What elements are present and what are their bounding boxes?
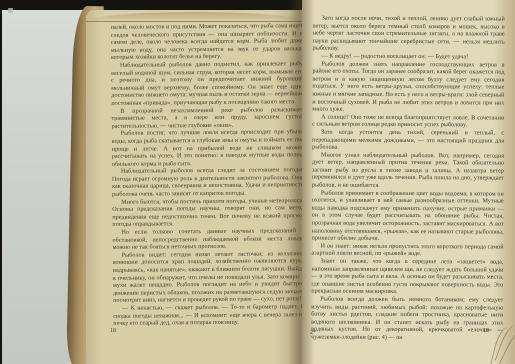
paragraph: Рыболов постиг, что лучшая ловля всегда … — [112, 129, 304, 169]
paragraph: А солнце? Оно тоже не всегда благоприятс… — [312, 114, 504, 130]
right-page-text: Зато когда после ночи, тихой и теплой, л… — [311, 15, 505, 318]
paragraph: Рыболов всегда должен быть немного ботан… — [311, 296, 503, 343]
page-curl-lines — [487, 324, 515, 364]
paragraph: Рыболов видит: сегодня низко летают ласт… — [113, 251, 304, 306]
paragraph: И он знает: никак нельзя пропустить этог… — [312, 243, 504, 259]
right-book-page: Зато когда после ночи, тихой и теплой, л… — [302, 0, 515, 364]
paragraph: Наблюдательный рыболов давно подметил, к… — [111, 61, 303, 108]
left-page-text: палей, около мостов и под ними. Может по… — [111, 23, 304, 331]
paragraph: Многое узнал наблюдательный рыболов. Вот… — [312, 152, 504, 191]
photo-artifact-speck — [8, 8, 13, 13]
paragraph: В прозрачной незахламленной реке рыболов… — [111, 107, 303, 131]
paragraph: палей, около мостов и под ними. Может по… — [111, 23, 303, 63]
paragraph: Рыболов принимает в соображение цвет вод… — [312, 190, 504, 244]
paragraph: — К ненастью, — скажет рыболов. — То-то … — [113, 304, 304, 328]
paragraph: Зато когда устоится день тихий, сереньки… — [312, 129, 504, 153]
left-page-number: 18 — [110, 328, 116, 334]
paragraph: Рыболов должен знать направление господс… — [312, 61, 504, 115]
paragraph: Но если толково сочетать данные научных … — [112, 228, 304, 252]
left-book-page: палей, около мостов и под ними. Может по… — [86, 10, 304, 364]
paragraph: Наблюдательный рыболов всегда следит за … — [112, 167, 304, 199]
paragraph: Зато когда после ночи, тихой и теплой, л… — [313, 15, 505, 54]
signature-mark: 2* — [310, 330, 316, 336]
paragraph: Знает он также, что когда в середине лет… — [311, 258, 503, 297]
open-book-photo: палей, около мостов и под ними. Может по… — [0, 0, 515, 364]
page-top-crease — [86, 12, 304, 22]
paragraph: Много бьются, чтобы постичь прихоти пого… — [112, 198, 304, 230]
